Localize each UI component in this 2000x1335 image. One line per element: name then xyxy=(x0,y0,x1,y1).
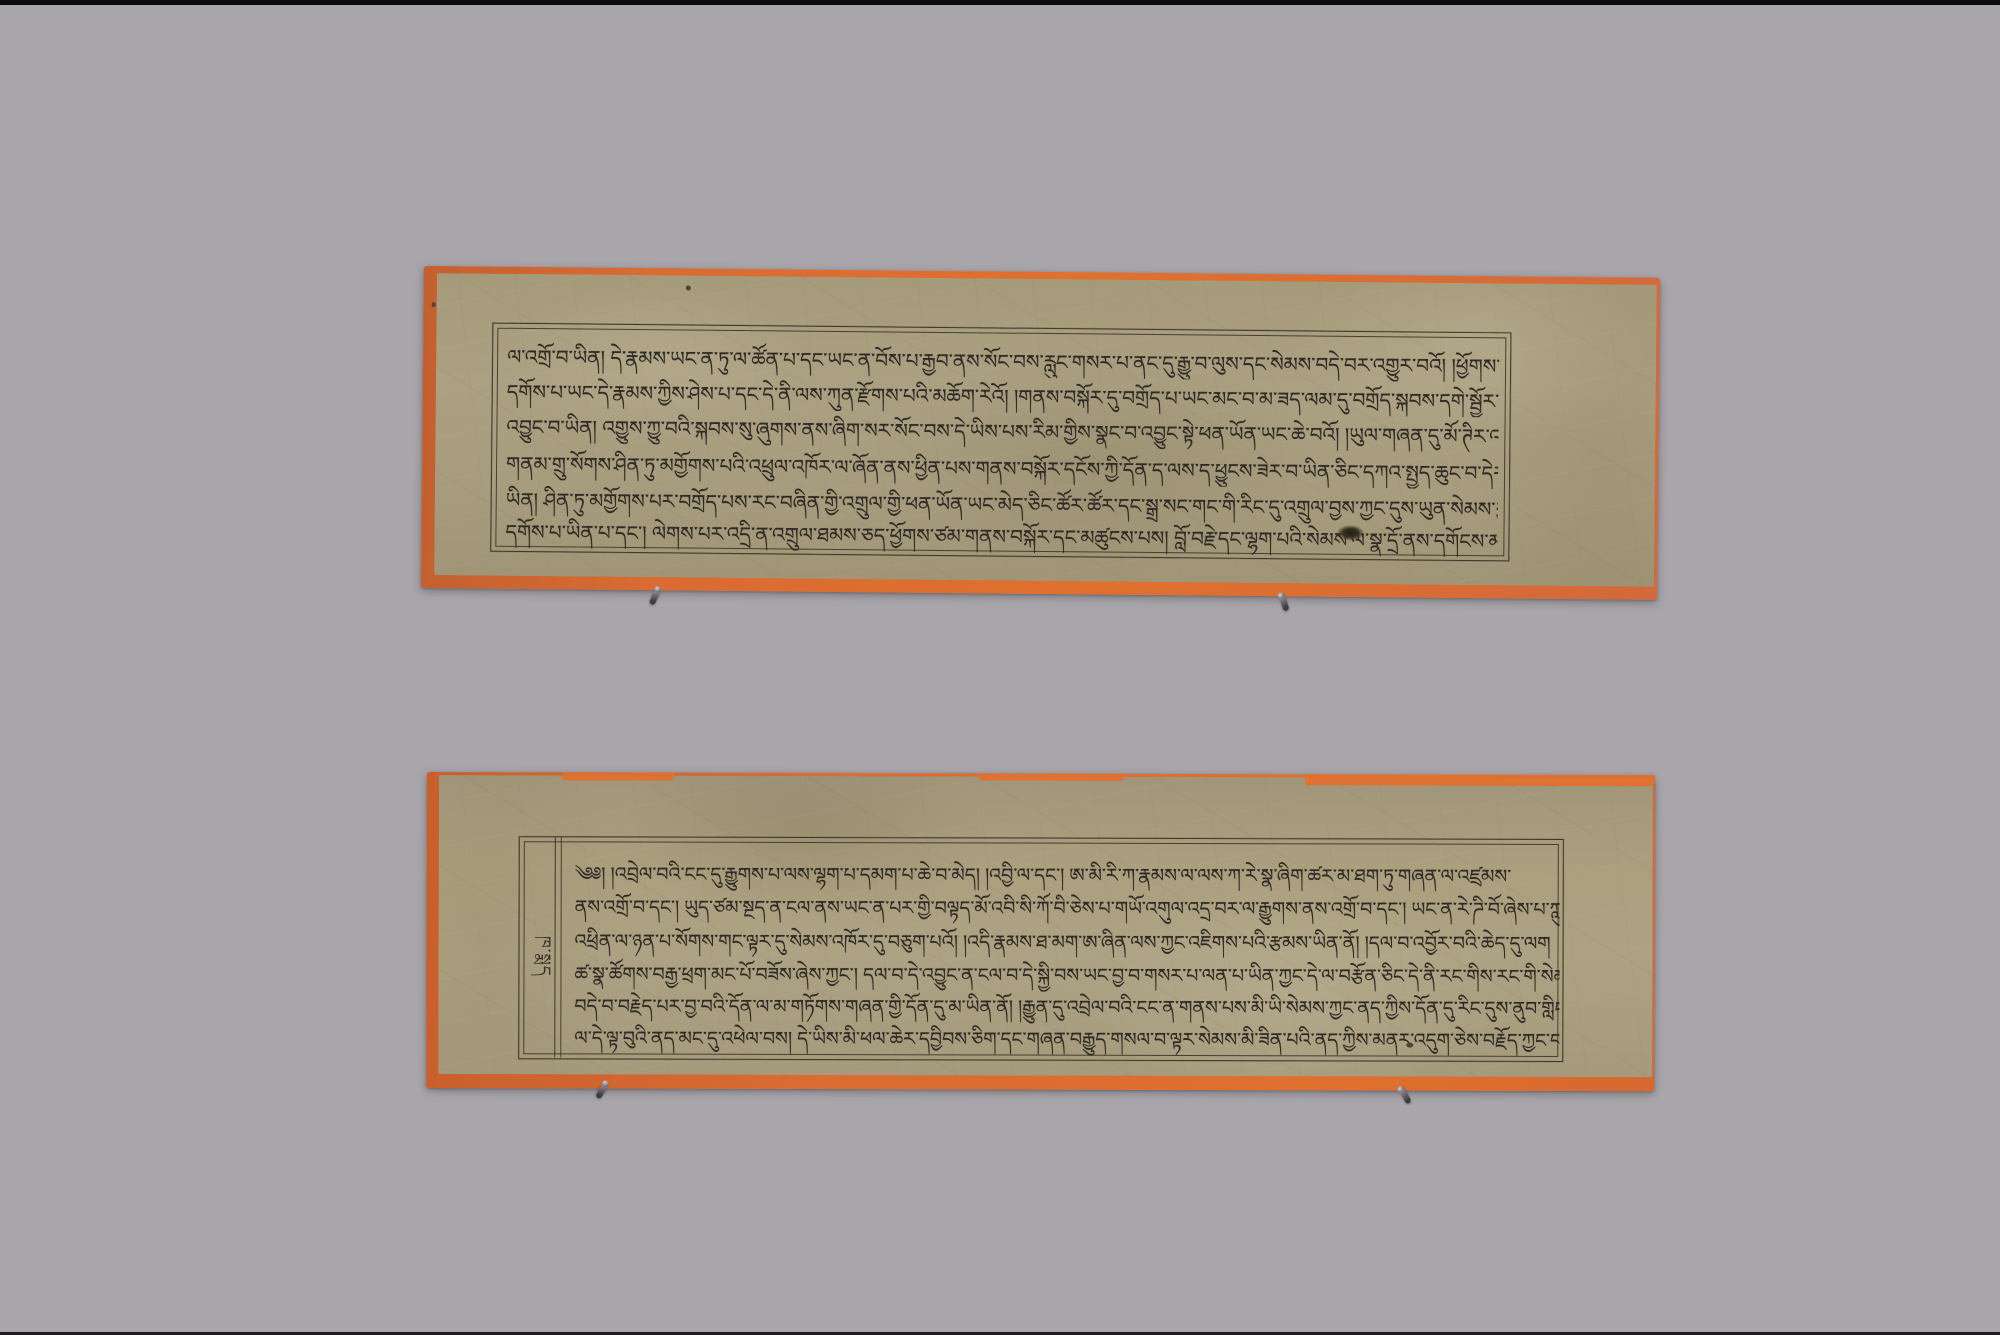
tibetan-text-line: ༄༅། །འབྲེལ་བའི་ངང་དུ་རྒྱུགས་པ་ལས་ལྷག་པ་ད… xyxy=(575,858,1560,893)
paper-speck xyxy=(686,286,691,291)
tibetan-text-line: ཚ་སྣ་ཚོགས་བརྒྱ་ཕྲག་མང་པོ་བཟོས་ཞེས་ཀྱང་། … xyxy=(574,958,1559,993)
photo-backdrop: ལ་འགྲོ་བ་ཡིན། དེ་རྣམས་ཡང་ན་ཏུ་ལ་ཚོན་པ་དང… xyxy=(0,0,2000,1335)
mounting-pin xyxy=(649,588,661,606)
tibetan-text-line: བདེ་བ་བརྗེད་པར་བྱ་བའི་དོན་ལ་མ་གཏོགས་གཞན་… xyxy=(574,990,1559,1025)
ink-smudge xyxy=(1336,525,1364,541)
pencil-mark xyxy=(432,302,436,307)
tibetan-text-line: འཕྲིན་ལ་ཉན་པ་སོགས་གང་ལྟར་དུ་སེམས་འཁོར་དུ… xyxy=(575,925,1560,960)
letterbox-bar-top xyxy=(0,0,2000,5)
folio-top: ལ་འགྲོ་བ་ཡིན། དེ་རྣམས་ཡང་ན་ཏུ་ལ་ཚོན་པ་དང… xyxy=(421,266,1660,600)
edge-paint-patch xyxy=(979,773,1124,780)
tibetan-text-line: ནས་འགྲོ་བ་དང་། ཡུད་ཙམ་སྔད་ན་ངལ་ནས་ཡང་ན་པ… xyxy=(575,891,1560,926)
edge-paint-patch xyxy=(1305,774,1655,786)
folio-bottom: ཁ་སྨད ༄༅། །འབྲེལ་བའི་ངང་དུ་རྒྱུགས་པ་ལས་ལ… xyxy=(426,772,1655,1091)
margin-label: ཁ་སྨད xyxy=(516,936,564,977)
tibetan-text-line: ལ་དེ་ལྟ་བུའི་ནད་མང་དུ་འཕེལ་བས། དེ་ཡིས་མི… xyxy=(574,1022,1559,1057)
paper-speck xyxy=(1406,1043,1413,1048)
edge-paint-patch xyxy=(562,772,674,780)
